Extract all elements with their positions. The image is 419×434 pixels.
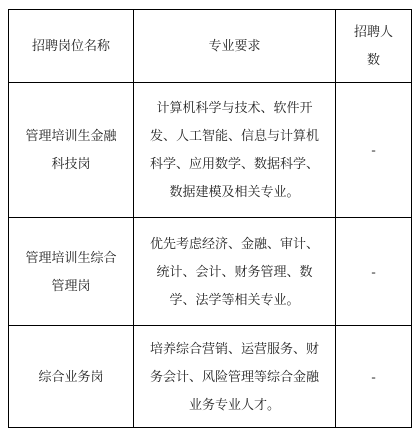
requirements-cell: 培养综合营销、运营服务、财 务会计、风险管理等综合金融 业务专业人才。 xyxy=(134,326,336,428)
document-page: 招聘岗位名称 专业要求 招聘人 数 管理培训生金融 科技岗 计算机科学与技术、软… xyxy=(0,0,419,434)
headcount-cell: - xyxy=(336,218,412,326)
table-row: 管理培训生综合 管理岗 优先考虑经济、金融、审计、 统计、会计、财务管理、数 学… xyxy=(9,218,412,326)
recruitment-table: 招聘岗位名称 专业要求 招聘人 数 管理培训生金融 科技岗 计算机科学与技术、软… xyxy=(8,9,412,428)
table-row: 管理培训生金融 科技岗 计算机科学与技术、软件开 发、人工智能、信息与计算机 科… xyxy=(9,83,412,218)
requirements-cell: 计算机科学与技术、软件开 发、人工智能、信息与计算机 科学、应用数学、数据科学、… xyxy=(134,83,336,218)
position-cell: 管理培训生综合 管理岗 xyxy=(9,218,134,326)
table-row: 综合业务岗 培养综合营销、运营服务、财 务会计、风险管理等综合金融 业务专业人才… xyxy=(9,326,412,428)
headcount-cell: - xyxy=(336,83,412,218)
position-cell: 管理培训生金融 科技岗 xyxy=(9,83,134,218)
requirements-cell: 优先考虑经济、金融、审计、 统计、会计、财务管理、数 学、法学等相关专业。 xyxy=(134,218,336,326)
position-cell: 综合业务岗 xyxy=(9,326,134,428)
headcount-cell: - xyxy=(336,326,412,428)
header-cell-position: 招聘岗位名称 xyxy=(9,10,134,83)
header-cell-requirements: 专业要求 xyxy=(134,10,336,83)
header-cell-headcount: 招聘人 数 xyxy=(336,10,412,83)
table-header-row: 招聘岗位名称 专业要求 招聘人 数 xyxy=(9,10,412,83)
